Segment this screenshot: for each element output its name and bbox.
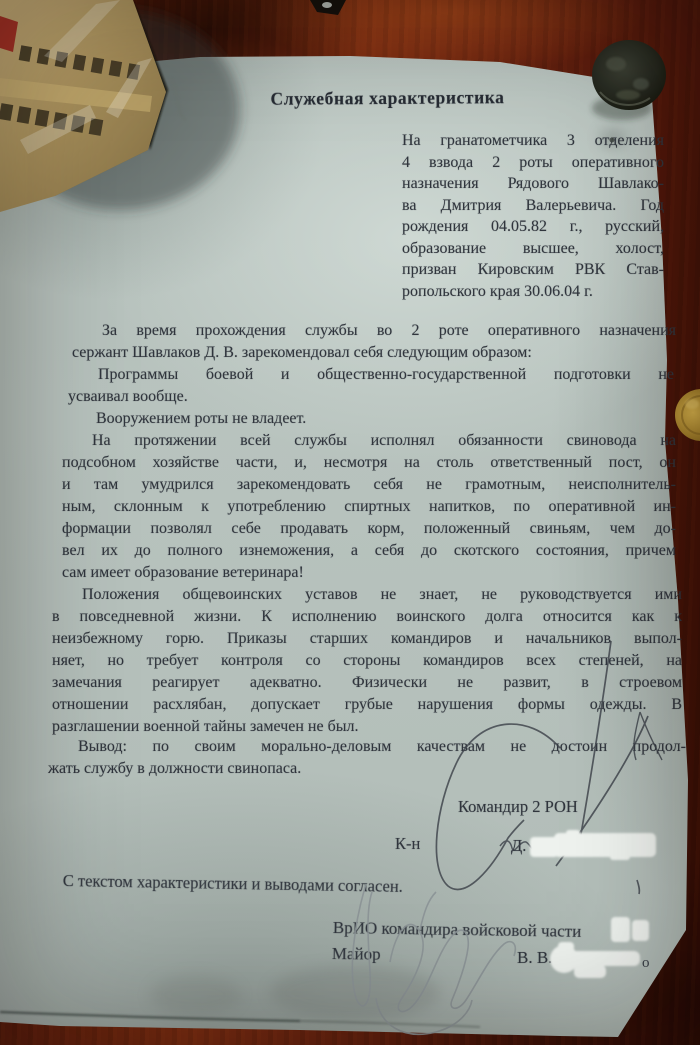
body-line: На протяжении всей службы исполнял обяза… [62, 430, 676, 452]
body-line: Вывод: по своим морально-деловым качеств… [48, 736, 686, 758]
body-line: подсобном хозяйстве части, и, несмотря н… [62, 452, 676, 474]
body-line: замечания реагирует адекватно. Физически… [52, 672, 682, 694]
major-name-tail: о [642, 955, 650, 972]
major-rank: Майор [332, 944, 381, 965]
body-line: формации позволял себе продавать корм, п… [62, 518, 676, 540]
commander-initial: Д. [511, 836, 526, 856]
paragraph-1: За время прохождения службы во 2 роте оп… [72, 320, 676, 364]
header-line: 4 взвода 2 роты оперативного [402, 152, 664, 174]
commander-rank: К-н [395, 834, 420, 854]
body-line: и там умудрился зарекомендовать себя не … [62, 474, 676, 496]
header-line: назначения Рядового Шавлако- [402, 173, 664, 195]
commander-title: Командир 2 РОН [458, 797, 578, 817]
body-line: няет, но требует контроля со стороны ком… [52, 650, 682, 672]
body-line: сам имеет образование ветеринара! [62, 562, 676, 584]
paragraph-4: На протяжении всей службы исполнял обяза… [62, 430, 676, 584]
major-initials: В. В. [517, 948, 552, 968]
body-line: ным, склонным к употреблению спиртных на… [62, 496, 676, 518]
paper-stain [150, 975, 240, 1015]
paragraph-3: Вооружением роты не владеет. [66, 408, 672, 430]
acting-commander-line: ВрИО командира войсковой части [333, 918, 582, 942]
body-line: За время прохождения службы во 2 роте оп… [72, 320, 676, 342]
body-line: в повседневной жизни. К исполнению воинс… [52, 606, 682, 628]
header-line: ва Дмитрия Валерьевича. Год [402, 195, 664, 217]
body-line: отношении расхлябан, допускает грубые на… [52, 694, 682, 716]
body-line: Положения общевоинских уставов не знает,… [52, 584, 682, 606]
body-line: разглашении военной тайны замечен не был… [52, 716, 682, 738]
header-line: ропольского края 30.06.04 г. [402, 281, 664, 303]
body-line: усваивал вообще. [68, 386, 674, 408]
header-block: На гранатометчика 3 отделения 4 взвода 2… [402, 130, 664, 302]
paragraph-conclusion: Вывод: по своим морально-деловым качеств… [48, 736, 686, 780]
body-line: вел их до полного изнеможения, а себя до… [62, 540, 676, 562]
body-line: Вооружением роты не владеет. [66, 408, 672, 430]
body-line: Программы боевой и общественно-государст… [68, 364, 674, 386]
document-title: Служебная характеристика [240, 87, 535, 110]
paragraph-5: Положения общевоинских уставов не знает,… [52, 584, 682, 738]
header-line: рождения 04.05.82 г., русский, [402, 216, 664, 238]
photo-of-document: Служебная характеристика На гранатометчи… [0, 0, 700, 1045]
header-line: призван Кировским РВК Став- [402, 259, 664, 281]
body-line: неизбежному горю. Приказы старших команд… [52, 628, 682, 650]
body-line: сержант Шавлаков Д. В. зарекомендовал се… [72, 342, 676, 364]
header-line: образование высшее, холост, [402, 238, 664, 260]
header-line: На гранатометчика 3 отделения [402, 130, 664, 152]
body-line: жать службу в должности свинопаса. [48, 758, 686, 780]
paper-stain [270, 965, 440, 1020]
paragraph-2: Программы боевой и общественно-государст… [68, 364, 674, 408]
